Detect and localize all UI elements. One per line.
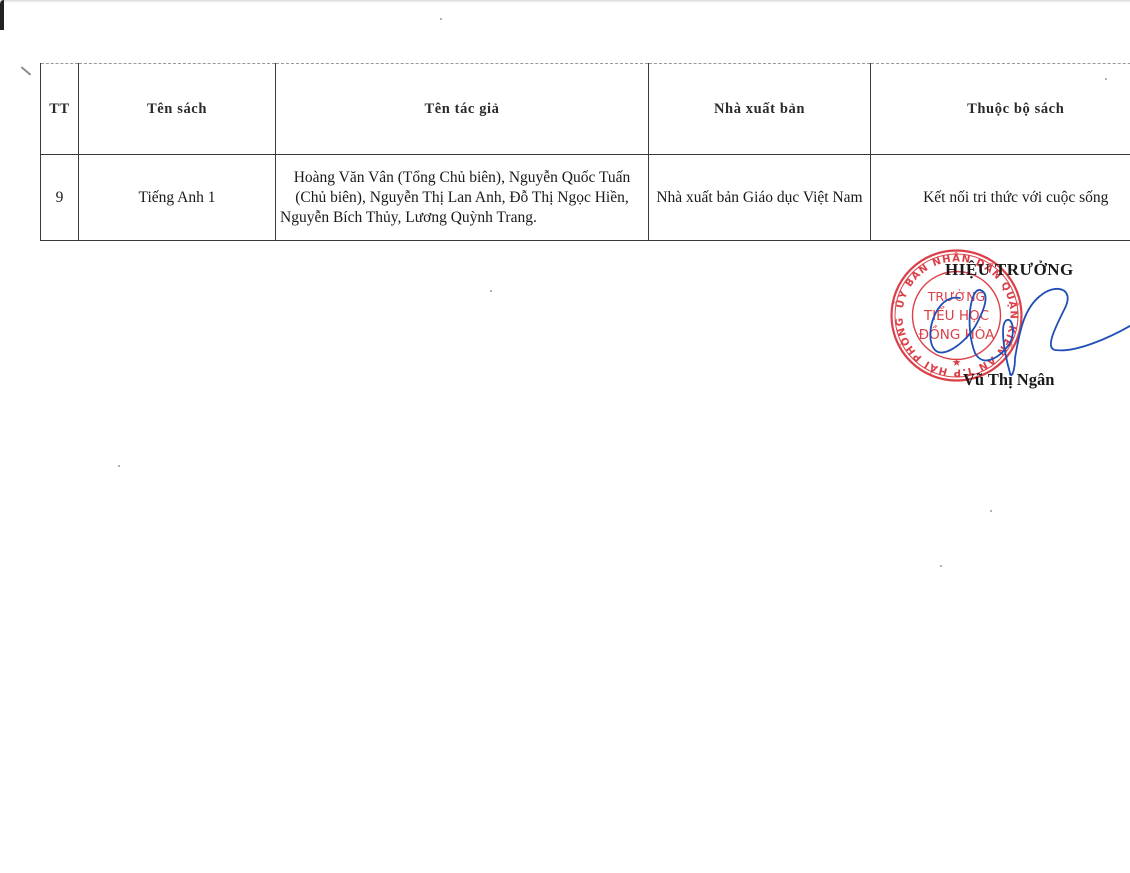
header-publisher: Nhà xuất bản (649, 64, 871, 155)
textbook-table: TT Tên sách Tên tác giả Nhà xuất bản Thu… (40, 63, 1130, 241)
cell-tt: 9 (41, 155, 79, 241)
scan-top-edge (0, 0, 1130, 3)
handwritten-signature-icon (915, 268, 1130, 388)
scan-speck (940, 565, 942, 567)
scan-speck (990, 510, 992, 512)
header-book-title: Tên sách (79, 64, 276, 155)
scan-corner-mark (0, 0, 4, 30)
table-row: 9 Tiếng Anh 1 Hoàng Văn Vân (Tổng Chủ bi… (41, 155, 1130, 241)
cell-authors: Hoàng Văn Vân (Tổng Chủ biên), Nguyễn Qu… (276, 155, 649, 241)
scan-speck (490, 290, 492, 292)
header-book-series: Thuộc bộ sách (871, 64, 1130, 155)
cell-publisher: Nhà xuất bản Giáo dục Việt Nam (649, 155, 871, 241)
scan-speck (440, 18, 442, 20)
signature-block: ỦY BAN NHÂN DÂN QUẬN KIẾN AN T.P HẢI PHÒ… (885, 248, 1130, 398)
scan-speck (118, 465, 120, 467)
cell-book-series: Kết nối tri thức với cuộc sống (871, 155, 1130, 241)
table-header-row: TT Tên sách Tên tác giả Nhà xuất bản Thu… (41, 64, 1130, 155)
header-authors: Tên tác giả (276, 64, 649, 155)
scan-mark (21, 66, 31, 75)
header-tt: TT (41, 64, 79, 155)
cell-book-title: Tiếng Anh 1 (79, 155, 276, 241)
